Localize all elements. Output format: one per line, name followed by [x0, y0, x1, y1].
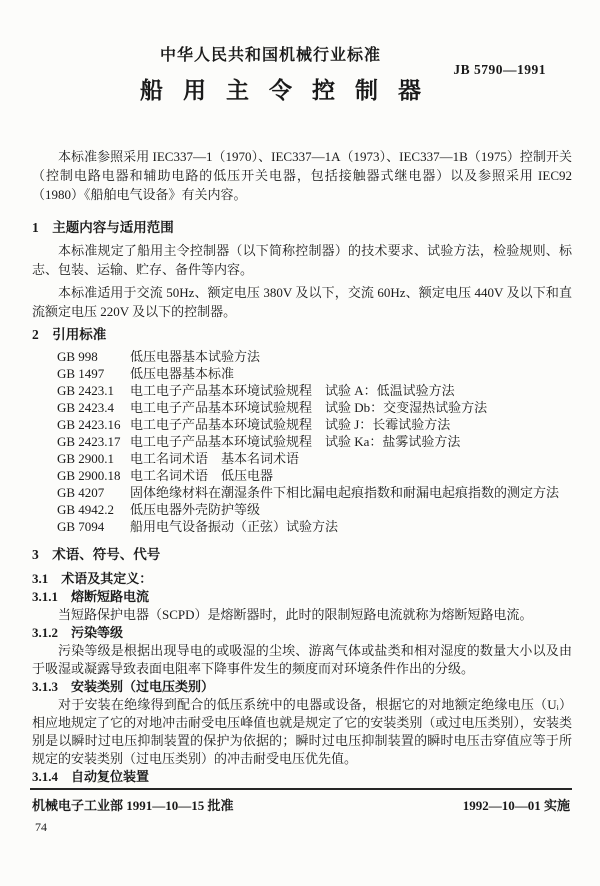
reference-row: GB 2900.18 电工名词术语 低压电器: [57, 467, 572, 484]
reference-code: GB 4942.2: [57, 501, 130, 518]
reference-row: GB 2423.1 电工电子产品基本环境试验规程 试验 A：低温试验方法: [57, 382, 572, 399]
reference-title: 电工名词术语 低压电器: [130, 467, 572, 484]
reference-code: GB 2423.4: [57, 399, 130, 416]
footer-rule: [30, 788, 572, 790]
document-title: 船用主令控制器: [140, 75, 572, 107]
reference-title: 电工电子产品基本环境试验规程 试验 Ka：盐雾试验方法: [130, 433, 572, 450]
subsection-3-1-heading: 3.1 术语及其定义：: [32, 570, 572, 588]
reference-code: GB 2423.1: [57, 382, 130, 399]
reference-row: GB 998 低压电器基本试验方法: [57, 348, 572, 365]
section-1-paragraph-1: 本标准规定了船用主令控制器（以下简称控制器）的技术要求、试验方法，检验规则、标志…: [32, 241, 572, 279]
reference-row: GB 2423.4 电工电子产品基本环境试验规程 试验 Db：交变湿热试验方法: [57, 399, 572, 416]
reference-code: GB 7094: [57, 518, 130, 535]
reference-row: GB 2423.16 电工电子产品基本环境试验规程 试验 J：长霉试验方法: [57, 416, 572, 433]
reference-title: 低压电器外壳防护等级: [130, 501, 572, 518]
reference-title: 电工电子产品基本环境试验规程 试验 Db：交变湿热试验方法: [130, 399, 572, 416]
standard-category-line: 中华人民共和国机械行业标准: [160, 45, 572, 67]
subsection-3-1-3-text: 对于安装在绝缘得到配合的低压系统中的电器或设备，根据它的对地额定绝缘电压（Uᵢ）…: [32, 696, 572, 768]
document-page: JB 5790—1991 中华人民共和国机械行业标准 船用主令控制器 本标准参照…: [0, 0, 600, 886]
reference-title: 电工电子产品基本环境试验规程 试验 J：长霉试验方法: [130, 416, 572, 433]
subsection-3-1-4-heading: 3.1.4 自动复位装置: [32, 768, 572, 786]
subsection-3-1-2-text: 污染等级是根据出现导电的或吸湿的尘埃、游离气体或盐类和相对湿度的数量大小以及由于…: [32, 642, 572, 678]
reference-title: 低压电器基本标准: [130, 365, 572, 382]
reference-title: 电工电子产品基本环境试验规程 试验 A：低温试验方法: [130, 382, 572, 399]
reference-title: 固体绝缘材料在潮湿条件下相比漏电起痕指数和耐漏电起痕指数的测定方法: [130, 484, 572, 501]
reference-title: 船用电气设备振动（正弦）试验方法: [130, 518, 572, 535]
reference-code: GB 1497: [57, 365, 130, 382]
footer-line: 机械电子工业部 1991—10—15 批准 1992—10—01 实施: [32, 795, 570, 814]
reference-row: GB 2423.17 电工电子产品基本环境试验规程 试验 Ka：盐雾试验方法: [57, 433, 572, 450]
section-1-paragraph-2: 本标准适用于交流 50Hz、额定电压 380V 及以下，交流 60Hz、额定电压…: [32, 283, 572, 321]
subsection-3-1-3-heading: 3.1.3 安装类别（过电压类别）: [32, 678, 572, 696]
subsection-3-1-1-text: 当短路保护电器（SCPD）是熔断器时，此时的限制短路电流就称为熔断短路电流。: [32, 606, 572, 624]
page-number: 74: [35, 820, 47, 835]
reference-row: GB 1497 低压电器基本标准: [57, 365, 572, 382]
section-2-heading: 2 引用标准: [32, 325, 572, 344]
reference-row: GB 4207 固体绝缘材料在潮湿条件下相比漏电起痕指数和耐漏电起痕指数的测定方…: [57, 484, 572, 501]
subsection-3-1-2-heading: 3.1.2 污染等级: [32, 624, 572, 642]
reference-code: GB 2900.18: [57, 467, 130, 484]
implementation-statement: 1992—10—01 实施: [463, 795, 570, 814]
subsection-3-1-1-heading: 3.1.1 熔断短路电流: [32, 588, 572, 606]
section-1-heading: 1 主题内容与适用范围: [32, 218, 572, 237]
reference-title: 低压电器基本试验方法: [130, 348, 572, 365]
approval-statement: 机械电子工业部 1991—10—15 批准: [32, 795, 234, 814]
reference-code: GB 998: [57, 348, 130, 365]
reference-code: GB 2423.16: [57, 416, 130, 433]
reference-standards-list: GB 998 低压电器基本试验方法 GB 1497 低压电器基本标准 GB 24…: [57, 348, 572, 535]
reference-code: GB 4207: [57, 484, 130, 501]
reference-row: GB 4942.2 低压电器外壳防护等级: [57, 501, 572, 518]
page-content: 中华人民共和国机械行业标准 船用主令控制器 本标准参照采用 IEC337—1（1…: [32, 0, 572, 786]
section-3-heading: 3 术语、符号、代号: [32, 545, 572, 564]
reference-title: 电工名词术语 基本名词术语: [130, 450, 572, 467]
reference-code: GB 2423.17: [57, 433, 130, 450]
foreword-paragraph: 本标准参照采用 IEC337—1（1970）、IEC337—1A（1973）、I…: [32, 147, 572, 204]
reference-row: GB 2900.1 电工名词术语 基本名词术语: [57, 450, 572, 467]
reference-code: GB 2900.1: [57, 450, 130, 467]
reference-row: GB 7094 船用电气设备振动（正弦）试验方法: [57, 518, 572, 535]
